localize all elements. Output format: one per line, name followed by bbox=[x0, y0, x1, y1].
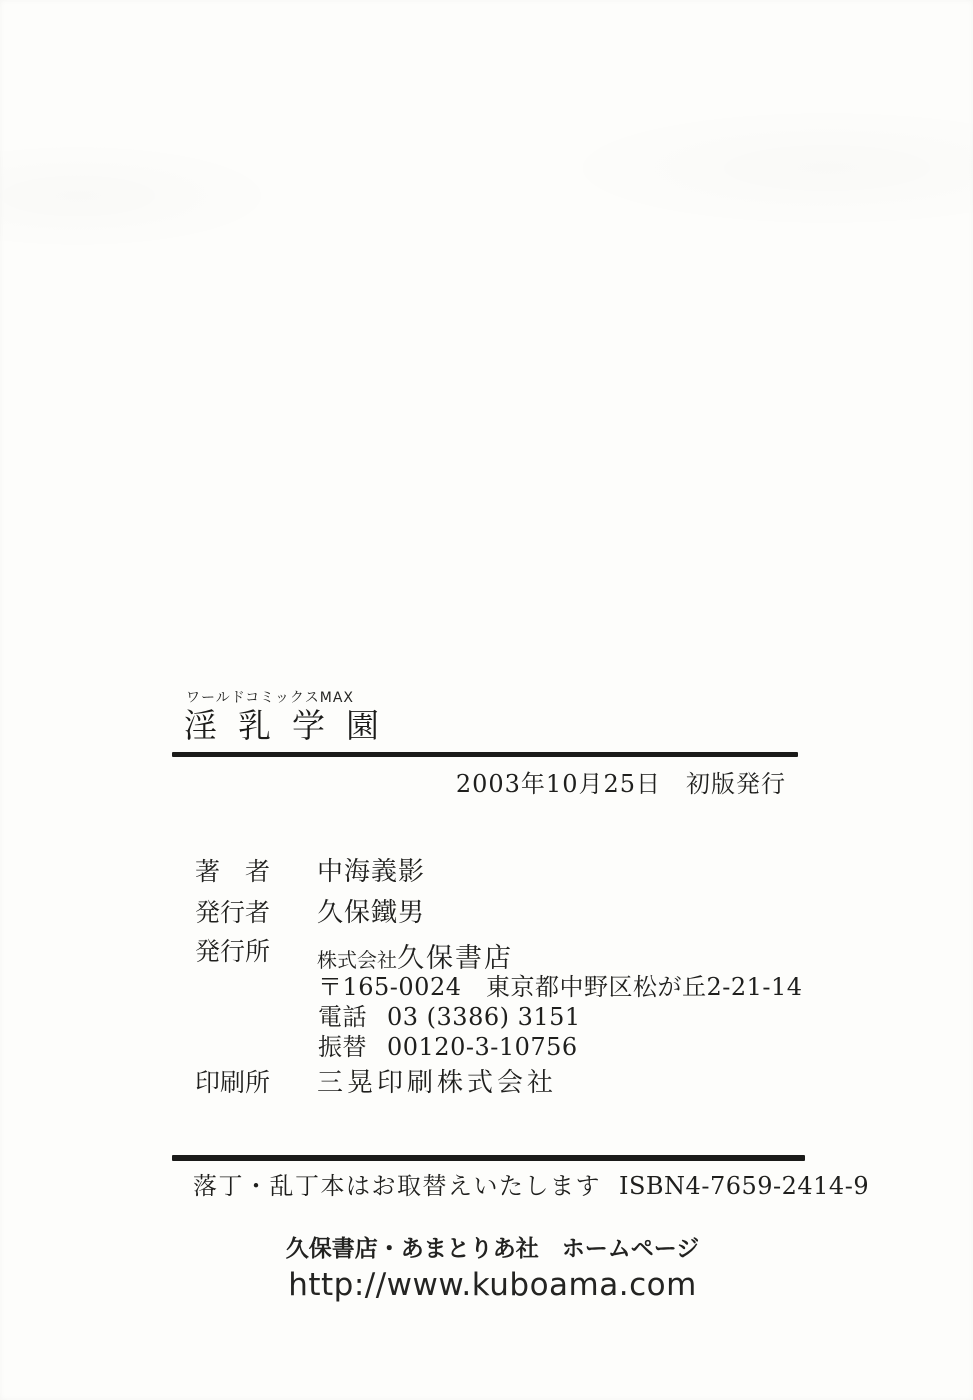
transfer-number: 00120-3-10756 bbox=[387, 1034, 578, 1062]
title-divider-rule bbox=[172, 752, 798, 757]
replacement-notice: 落丁・乱丁本はお取替えいたします bbox=[193, 1172, 601, 1201]
notice-divider-rule bbox=[172, 1155, 805, 1161]
homepage-label: 久保書店・あまとりあ社 ホームページ bbox=[6, 1236, 973, 1262]
author-name: 中海義影 bbox=[317, 858, 425, 888]
book-title: 淫乳学園 bbox=[184, 708, 400, 744]
phone-number: 03 (3386) 3151 bbox=[387, 1004, 581, 1032]
isbn-number: ISBN4-7659-2414-9 bbox=[619, 1172, 869, 1201]
series-label: ワールドコミックスMAX bbox=[186, 691, 354, 705]
edition-date: 2003年10月25日 初版発行 bbox=[172, 771, 786, 797]
postal-transfer-line: 振替 00120-3-10756 bbox=[318, 1034, 578, 1062]
company-name: 久保書店 bbox=[397, 936, 513, 975]
publisher-name: 久保鐵男 bbox=[317, 899, 425, 929]
printer-name: 三晃印刷株式会社 bbox=[317, 1069, 557, 1099]
phone-line: 電話 03 (3386) 3151 bbox=[318, 1004, 581, 1032]
publisher-label: 発行者 bbox=[195, 899, 270, 928]
phone-label: 電話 bbox=[318, 1004, 367, 1032]
company-prefix: 株式会社 bbox=[317, 944, 397, 973]
homepage-url: http://www.kuboama.com bbox=[6, 1268, 973, 1304]
transfer-label: 振替 bbox=[318, 1034, 367, 1062]
colophon-page: ワールドコミックスMAX 淫乳学園 2003年10月25日 初版発行 著 者 中… bbox=[0, 0, 973, 1400]
notice-line: 落丁・乱丁本はお取替えいたします ISBN4-7659-2414-9 bbox=[193, 1172, 869, 1201]
publisher-address: 〒165-0024 東京都中野区松が丘2-21-14 bbox=[318, 974, 803, 1002]
author-label: 著 者 bbox=[195, 858, 270, 887]
printer-label: 印刷所 bbox=[195, 1069, 270, 1098]
publishing-office-label: 発行所 bbox=[195, 938, 270, 967]
publishing-office-value: 株式会社久保書店 bbox=[317, 936, 513, 975]
